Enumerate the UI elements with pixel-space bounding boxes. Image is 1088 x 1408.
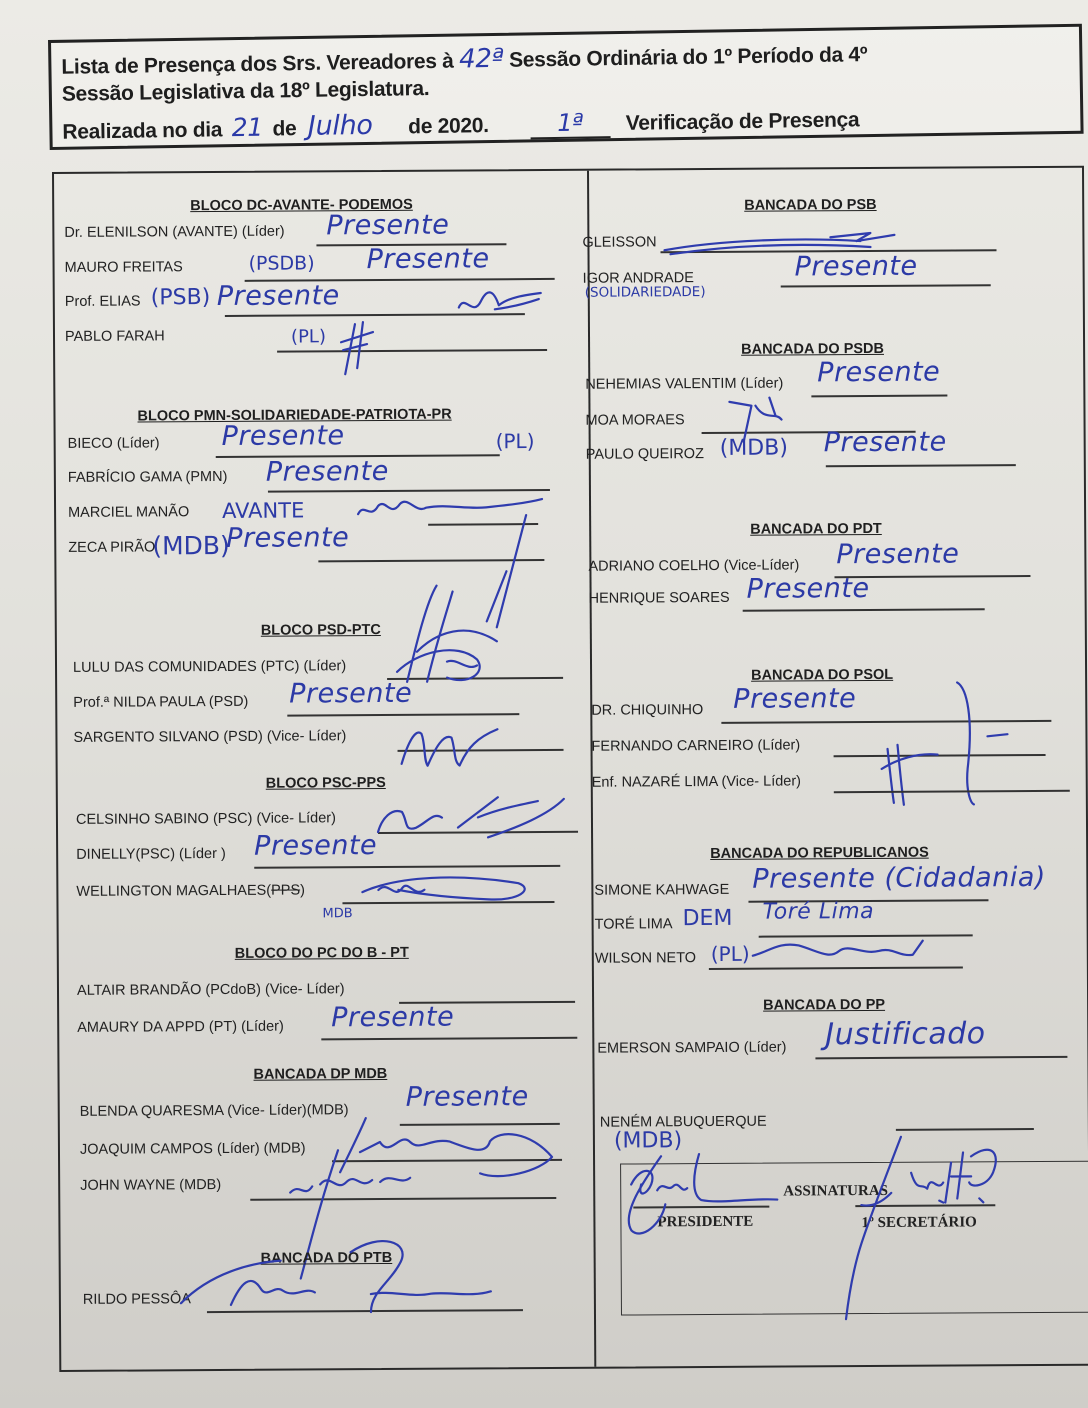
- header-line-3: Realizada no dia 21 de Julho de 2020. 1ª…: [62, 102, 859, 147]
- member-name: MAURO FREITAS: [65, 259, 183, 276]
- section-title: BANCADA DP MDB: [253, 1066, 387, 1083]
- session-number: 42ª: [459, 44, 504, 75]
- signature-line[interactable]: [811, 395, 947, 397]
- section-title: BLOCO PSD-PTC: [261, 622, 381, 639]
- header-line-1: Lista de Presença dos Srs. Vereadores à …: [61, 38, 867, 81]
- member-name: NEHEMIAS VALENTIM (Líder): [585, 376, 783, 393]
- verification-number: 1ª: [530, 108, 610, 139]
- section-title: BANCADA DO PSB: [744, 197, 876, 214]
- header-text: Sessão Ordinária do 1º Período da 4º: [509, 43, 867, 72]
- member-name: SARGENTO SILVANO (PSD) (Vice- Líder): [73, 728, 346, 746]
- party-annotation: AVANTE: [222, 498, 304, 523]
- party-annotation: (PL): [711, 942, 750, 966]
- month-value: Julho: [308, 110, 373, 142]
- attendance-mark: Presente: [817, 357, 940, 389]
- signature-line[interactable]: [268, 489, 550, 492]
- member-name: WELLINGTON MAGALHAES(PPS): [76, 882, 305, 899]
- attendance-mark: Toré Lima: [762, 899, 874, 925]
- party-annotation: (MDB): [720, 436, 788, 461]
- secretary-signature: [821, 1132, 1022, 1323]
- signature-line[interactable]: [743, 608, 985, 611]
- section-title: BANCADA DO PDT: [750, 521, 882, 538]
- signature-scribble: [337, 318, 377, 378]
- signature-scribble: [749, 931, 949, 972]
- member-name: Dr. ELENILSON (AVANTE) (Líder): [64, 224, 284, 241]
- signature-line[interactable]: [277, 349, 547, 352]
- signature-scribble: [397, 723, 507, 774]
- member-name-text: ): [300, 882, 305, 898]
- header-text: Lista de Presença dos Srs. Vereadores à: [61, 50, 454, 79]
- attendance-table: BLOCO DC-AVANTE- PODEMOS Dr. ELENILSON (…: [52, 166, 1088, 1372]
- attendance-mark: Presente: [733, 683, 856, 715]
- signature-scribble: [368, 787, 568, 848]
- signature-scribble: [387, 581, 508, 692]
- header-text: de: [272, 117, 296, 140]
- member-name: CELSINHO SABINO (PSC) (Vice- Líder): [76, 810, 336, 828]
- member-name: FERNANDO CARNEIRO (Líder): [591, 737, 800, 754]
- attendance-mark: Presente: [406, 1081, 529, 1113]
- party-annotation: (MDB): [152, 531, 230, 560]
- member-name: PABLO FARAH: [65, 328, 165, 345]
- member-name: SIMONE KAHWAGE: [594, 882, 729, 899]
- president-signature: [601, 1144, 782, 1245]
- attendance-mark: Presente (Cidadania): [752, 862, 1046, 895]
- signature-scribble: [170, 1231, 511, 1323]
- section-title: BANCADA DO REPUBLICANOS: [710, 845, 929, 862]
- party-annotation: (PSDB): [248, 252, 314, 274]
- attendance-mark: Presente: [836, 538, 959, 570]
- party-annotation: (PSB): [151, 285, 211, 310]
- attendance-mark: Presente: [222, 420, 345, 452]
- attendance-mark: Presente: [266, 456, 389, 488]
- member-name-text: WELLINGTON MAGALHAES(: [76, 883, 271, 900]
- member-name: ZECA PIRÃO: [68, 539, 155, 556]
- header-line-2: Sessão Legislativa da 18º Legislatura.: [62, 77, 430, 107]
- struck-party: PPS: [271, 882, 300, 898]
- member-name: TORÉ LIMA: [595, 916, 673, 932]
- attendance-mark: Presente: [326, 210, 449, 242]
- member-name: BIECO (Líder): [68, 435, 160, 452]
- signature-line[interactable]: [896, 1128, 1034, 1130]
- member-name: ALTAIR BRANDÃO (PCdoB) (Vice- Líder): [77, 981, 345, 999]
- header-text: Verificação de Presença: [626, 108, 860, 135]
- member-name: EMERSON SAMPAIO (Líder): [597, 1040, 786, 1057]
- attendance-mark: Presente: [217, 280, 340, 312]
- column-divider: [587, 171, 596, 1367]
- attendance-mark: Presente: [746, 573, 869, 605]
- member-name: LULU DAS COMUNIDADES (PTC) (Líder): [73, 658, 346, 676]
- party-annotation: (PL): [291, 326, 326, 347]
- attendance-mark: Presente: [226, 522, 349, 554]
- member-name: DINELLY(PSC) (Líder ): [76, 846, 226, 863]
- party-annotation: MDB: [322, 906, 352, 921]
- signature-line[interactable]: [321, 1037, 577, 1040]
- member-name: ADRIANO COELHO (Vice-Líder): [588, 557, 799, 574]
- header-text: de 2020.: [408, 114, 489, 138]
- signature-scribble: [358, 869, 538, 910]
- member-name: MOA MORAES: [585, 412, 684, 429]
- member-name: GLEISSON: [582, 234, 656, 250]
- attendance-mark: Justificado: [825, 1016, 985, 1052]
- member-name: AMAURY DA APPD (PT) (Líder): [77, 1019, 284, 1036]
- member-name: FABRÍCIO GAMA (PMN): [68, 469, 228, 486]
- section-title: BANCADA DO PSOL: [751, 667, 893, 684]
- section-title: BANCADA DO PP: [763, 997, 885, 1014]
- signature-line[interactable]: [254, 865, 560, 868]
- member-name: Prof. ELIAS: [65, 293, 141, 309]
- member-name: Prof.ª NILDA PAULA (PSD): [73, 694, 248, 711]
- member-name: MARCIEL MANÃO: [68, 504, 189, 521]
- attendance-mark: Presente: [794, 251, 917, 283]
- signatures-box: ASSINATURAS PRESIDENTE 1º SECRETÁRIO: [620, 1161, 1088, 1316]
- member-name: WILSON NETO: [595, 950, 696, 967]
- attendance-mark: Presente: [289, 678, 412, 710]
- member-name: JOHN WAYNE (MDB): [80, 1177, 221, 1194]
- signature-line[interactable]: [826, 464, 1016, 467]
- attendance-mark: Presente: [824, 427, 947, 459]
- member-name: HENRIQUE SOARES: [589, 590, 730, 607]
- signature-scribble: [455, 289, 545, 320]
- attendance-mark: Presente: [366, 243, 489, 275]
- attendance-mark: Presente: [331, 1002, 454, 1034]
- member-name: PAULO QUEIROZ: [586, 446, 704, 463]
- document-header: Lista de Presença dos Srs. Vereadores à …: [48, 24, 1084, 150]
- party-annotation: (SOLIDARIEDADE): [585, 284, 706, 301]
- header-text: Realizada no dia: [62, 118, 222, 144]
- signature-line[interactable]: [781, 284, 991, 287]
- attendance-mark: Presente: [254, 830, 377, 862]
- section-title: BLOCO DO PC DO B - PT: [235, 945, 409, 962]
- member-name: Enf. NAZARÉ LIMA (Vice- Líder): [592, 773, 801, 790]
- party-annotation: DEM: [682, 906, 732, 931]
- day-value: 21: [231, 113, 263, 142]
- party-annotation: (PL): [496, 429, 535, 453]
- signature-line[interactable]: [815, 1056, 1067, 1059]
- signature-line[interactable]: [287, 713, 519, 716]
- section-title: BANCADA DO PSDB: [741, 341, 884, 358]
- member-name: DR. CHIQUINHO: [591, 702, 703, 719]
